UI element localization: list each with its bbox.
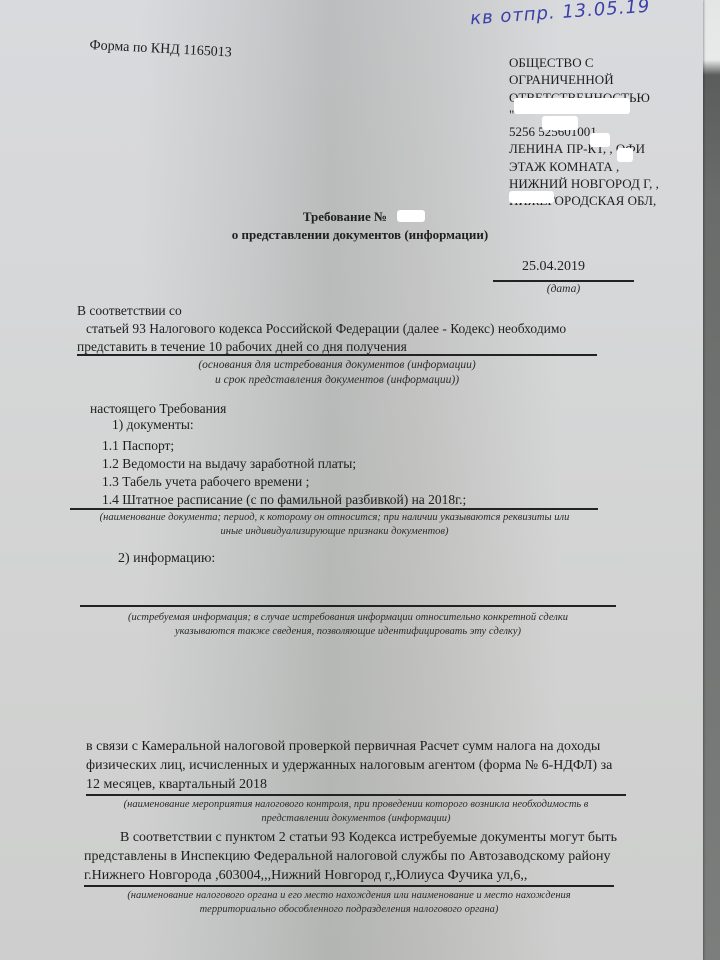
- recipient-line: ЭТАЖ КОМНАТА ,: [509, 158, 659, 175]
- document-item: 1.3 Табель учета рабочего времени ;: [102, 473, 309, 490]
- control-event-line: в связи с Камеральной налоговой проверко…: [86, 738, 600, 755]
- title-line-2: о представлении документов (информации): [0, 226, 720, 244]
- document-page: кв отпр. 13.05.19 Форма по КНД 1165013 О…: [0, 0, 703, 960]
- document-title: Требование № о представлении документов …: [0, 208, 720, 244]
- control-event-underline: [86, 794, 626, 796]
- recipient-line: ЛЕНИНА ПР-КТ, , ОФИ: [509, 140, 659, 157]
- form-code: Форма по КНД 1165013: [89, 38, 232, 61]
- control-event-line: 12 месяцев, квартальный 2018: [86, 776, 267, 793]
- submission-caption: (наименование налогового органа и его ме…: [84, 888, 614, 903]
- information-caption: (истребуемая информация; в случае истреб…: [80, 610, 616, 625]
- basis-line: В соответствии со: [77, 302, 182, 319]
- recipient-line: ОГРАНИЧЕННОЙ: [509, 71, 659, 88]
- date-caption: (дата): [493, 282, 634, 297]
- documents-caption: (наименование документа; период, к котор…: [62, 510, 607, 525]
- basis-underline: [77, 354, 597, 356]
- control-event-caption: (наименование мероприятия налогового кон…: [86, 797, 626, 812]
- control-event-caption: представлении документов (информации): [86, 811, 626, 826]
- document-item: 1.4 Штатное расписание (с по фамильной р…: [102, 491, 466, 508]
- title-line-1: Требование №: [0, 208, 720, 226]
- document-item: 1.2 Ведомости на выдачу заработной платы…: [102, 455, 356, 472]
- documents-caption: иные индивидуализирующие признаки докуме…: [62, 524, 607, 539]
- basis-caption: (основания для истребования документов (…: [77, 358, 597, 373]
- handwritten-note: кв отпр. 13.05.19: [469, 0, 651, 29]
- submission-line: г.Нижнего Новгорода ,603004,,,Нижний Нов…: [84, 867, 527, 884]
- document-item: 1.1 Паспорт;: [102, 437, 174, 454]
- redaction-building: [590, 133, 610, 147]
- submission-underline: [84, 885, 614, 887]
- submission-line: представлены в Инспекцию Федеральной нал…: [84, 848, 611, 865]
- basis-line: представить в течение 10 рабочих дней со…: [77, 338, 407, 355]
- recipient-line: НИЖНИЙ НОВГОРОД Г, ,: [509, 175, 659, 192]
- redaction-number: [397, 210, 425, 222]
- information-underline: [80, 605, 616, 607]
- documents-heading: 1) документы:: [112, 416, 194, 433]
- recipient-line: ОБЩЕСТВО С: [509, 54, 659, 71]
- recipient-line: 5256 525601001: [509, 123, 659, 140]
- redaction-postcode: [509, 191, 554, 203]
- date-value: 25.04.2019: [522, 258, 585, 275]
- redaction-company-name: [514, 98, 630, 114]
- control-event-line: физических лиц, исчисленных и удержанных…: [86, 757, 612, 774]
- background-surface: [700, 0, 720, 960]
- requirement-intro: настоящего Требования: [90, 400, 226, 417]
- basis-caption: и срок представления документов (информа…: [77, 373, 597, 388]
- recipient-address: ОБЩЕСТВО С ОГРАНИЧЕННОЙ ОТВЕТСТВЕННОСТЬЮ…: [509, 54, 659, 210]
- information-caption: указываются также сведения, позволяющие …: [80, 624, 616, 639]
- redaction-inn: [542, 116, 578, 130]
- submission-caption: территориально обособленного подразделен…: [84, 902, 614, 917]
- submission-line: В соответствии с пунктом 2 статьи 93 Код…: [120, 829, 617, 846]
- redaction-room: [617, 148, 633, 162]
- basis-line: статьей 93 Налогового кодекса Российской…: [86, 320, 566, 337]
- information-heading: 2) информацию:: [118, 550, 215, 567]
